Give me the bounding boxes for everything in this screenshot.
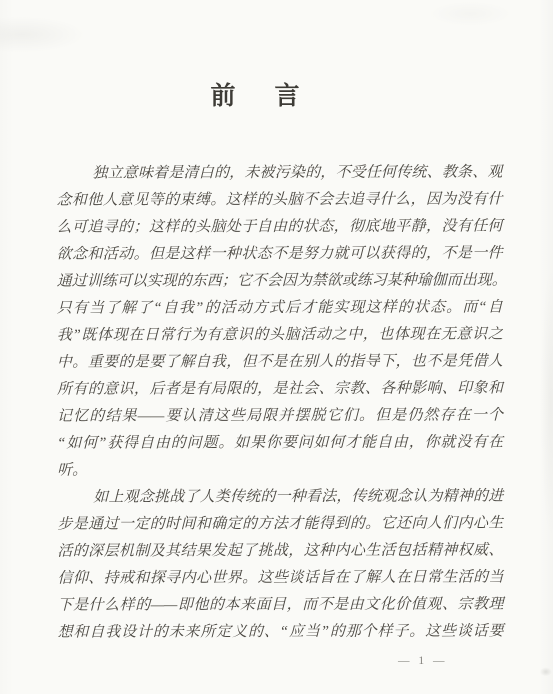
text-line: 独立意味着是清白的，未被污染的，不受任何传统、教条、观 <box>56 159 502 187</box>
text-line: 所有的意识，后者是有局限的，是社会、宗教、各种影响、印象和 <box>57 375 503 403</box>
text-line: 活的深层机制及其结果发起了挑战，这种内心生活包括精神权威、 <box>57 537 503 565</box>
text-line: 通过训练可以实现的东西；它不会因为禁欲或练习某种瑜伽而出现。 <box>57 267 503 295</box>
text-line: 么可追寻的；这样的头脑处于自由的状态，彻底地平静，没有任何 <box>57 213 503 241</box>
text-line: 步是通过一定的时间和确定的方法才能得到的。它还向人们内心生 <box>57 510 503 538</box>
text-line: 下是什么样的——即他的本来面目，而不是由文化价值观、宗教理 <box>57 591 503 619</box>
text-line: 想和自我设计的未来所定义的、“应当”的那个样子。这些谈话要 <box>58 618 504 646</box>
text-line: 只有当了解了“自我”的活动方式后才能实现这样的状态。而“自 <box>57 294 503 322</box>
text-line: 我”既体现在日常行为有意识的头脑活动之中，也体现在无意识之 <box>57 321 503 349</box>
page-title: 前 言 <box>0 82 535 112</box>
text-line: 记忆的结果——要认清这些局限并摆脱它们。但是仍然存在一个 <box>57 402 503 430</box>
text-line: 信仰、持戒和探寻内心世界。这些谈话旨在了解人在日常生活的当 <box>57 564 503 592</box>
text-line: “如何”获得自由的问题。如果你要问如何才能自由，你就没有在 <box>57 429 503 457</box>
body-text: 独立意味着是清白的，未被污染的，不受任何传统、教条、观念和他人意见等的束缚。这样… <box>56 159 503 646</box>
text-line: 听。 <box>57 456 503 484</box>
text-line: 如上观念挑战了人类传统的一种看法，传统观念认为精神的进 <box>57 483 503 511</box>
book-page: 前 言 独立意味着是清白的，未被污染的，不受任何传统、教条、观念和他人意见等的束… <box>0 0 553 694</box>
page-number: — 1 — <box>398 654 448 668</box>
text-line: 中。重要的是要了解自我，但不是在别人的指导下，也不是凭借人 <box>57 348 503 376</box>
text-line: 欲念和活动。但是这样一种状态不是努力就可以获得的，不是一件 <box>57 240 503 268</box>
text-line: 念和他人意见等的束缚。这样的头脑不会去追寻什么，因为没有什 <box>56 186 502 214</box>
